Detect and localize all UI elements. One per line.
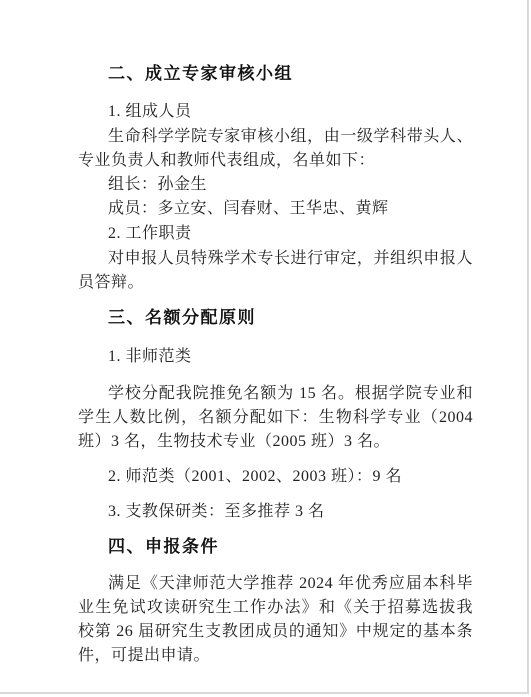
- list-item: 2. 师范类（2001、2002、2003 班）：9 名: [78, 465, 473, 489]
- list-item: 3. 支教保研类：至多推荐 3 名: [78, 500, 473, 524]
- paragraph: 学校分配我院推免名额为 15 名。根据学院专业和学生人数比例，名额分配如下：生物…: [78, 382, 473, 454]
- list-item: 1. 非师范类: [78, 345, 473, 369]
- paragraph: 生命科学学院专家审核小组，由一级学科带头人、专业负责人和教师代表组成，名单如下：: [78, 125, 473, 173]
- paragraph: 对申报人员特殊学术专长进行审定，并组织申报人员答辩。: [78, 247, 473, 295]
- paragraph: 满足《天津师范大学推荐 2024 年优秀应届本科毕业生免试攻读研究生工作办法》和…: [78, 572, 473, 668]
- document-page: 二、成立专家审核小组1. 组成人员生命科学学院专家审核小组，由一级学科带头人、专…: [0, 0, 529, 694]
- section-heading: 二、成立专家审核小组: [78, 62, 473, 86]
- section-heading: 四、申报条件: [78, 535, 473, 559]
- section-heading: 三、名额分配原则: [78, 306, 473, 330]
- detail-line: 组长：孙金生: [78, 173, 473, 197]
- detail-line: 成员：多立安、闫春财、王华忠、黄辉: [78, 197, 473, 221]
- list-item: 2. 工作职责: [78, 222, 473, 246]
- list-item: 1. 组成人员: [78, 100, 473, 124]
- document-content: 二、成立专家审核小组1. 组成人员生命科学学院专家审核小组，由一级学科带头人、专…: [0, 0, 473, 668]
